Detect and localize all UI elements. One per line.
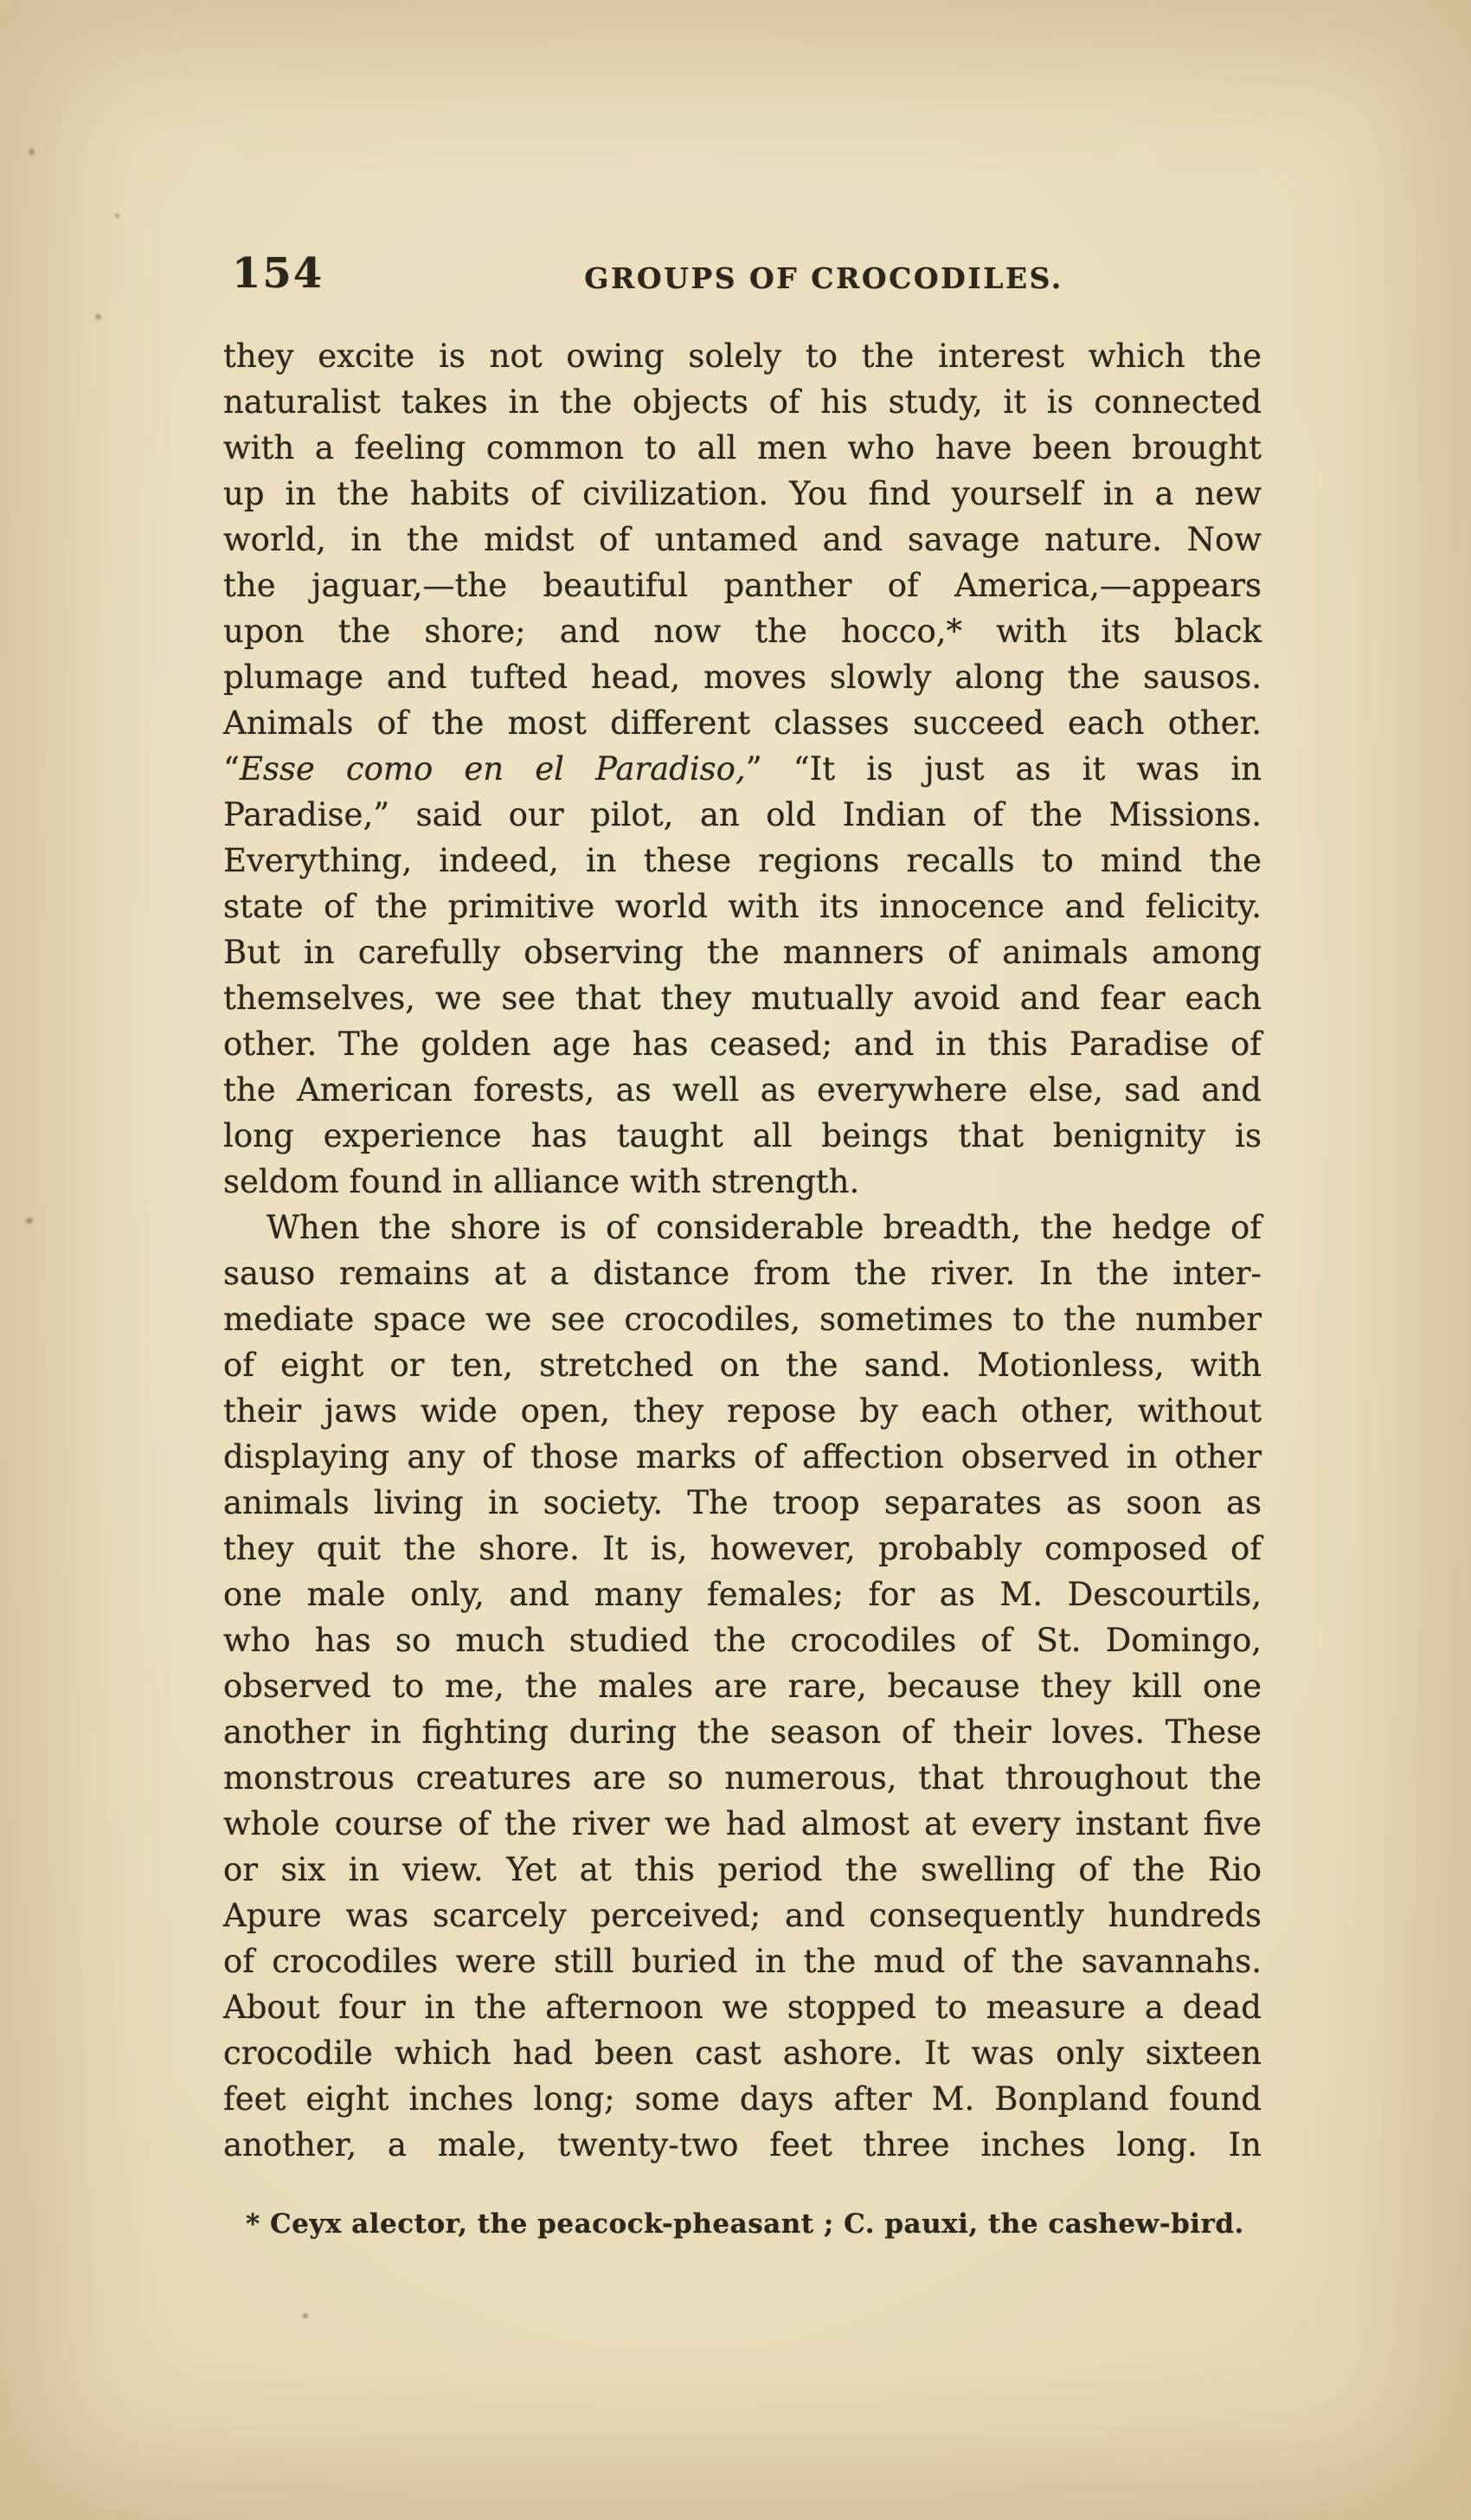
text-line: displaying any of those marks of affecti… xyxy=(223,1434,1262,1480)
footnote: * Ceyx alector, the peacock-pheasant ; C… xyxy=(223,2206,1288,2242)
text-line: “Esse como en el Paradiso,” “It is just … xyxy=(223,746,1262,792)
text-line: themselves, we see that they mutually av… xyxy=(223,975,1262,1021)
text-line: When the shore is of considerable breadt… xyxy=(223,1205,1262,1250)
text-line: they excite is not owing solely to the i… xyxy=(223,333,1262,379)
text-line: Paradise,” said our pilot, an old Indian… xyxy=(223,792,1262,838)
text-line: monstrous creatures are so numerous, tha… xyxy=(223,1755,1262,1801)
text-line: they quit the shore. It is, however, pro… xyxy=(223,1526,1262,1572)
paper-speck xyxy=(95,314,101,319)
text-line: Animals of the most different classes su… xyxy=(223,700,1262,746)
text-line: Apure was scarcely perceived; and conseq… xyxy=(223,1893,1262,1938)
text-line: other. The golden age has ceased; and in… xyxy=(223,1021,1262,1067)
text-line: animals living in society. The troop sep… xyxy=(223,1480,1262,1526)
text-line: with a feeling common to all men who hav… xyxy=(223,425,1262,471)
text-line: seldom found in alliance with strength. xyxy=(223,1159,1262,1205)
text-line: About four in the afternoon we stopped t… xyxy=(223,1984,1262,2030)
text-line: of eight or ten, stretched on the sand. … xyxy=(223,1342,1262,1388)
text-line: Everything, indeed, in these regions rec… xyxy=(223,838,1262,884)
text-line: of crocodiles were still buried in the m… xyxy=(223,1938,1262,1984)
paper-speck xyxy=(29,149,35,155)
text-line: another in fighting during the season of… xyxy=(223,1709,1262,1755)
text-line: sauso remains at a distance from the riv… xyxy=(223,1250,1262,1296)
text-line: feet eight inches long; some days after … xyxy=(223,2076,1262,2122)
text-line: state of the primitive world with its in… xyxy=(223,884,1262,929)
text-line: or six in view. Yet at this period the s… xyxy=(223,1847,1262,1893)
paper-speck xyxy=(303,2313,308,2318)
text-line: naturalist takes in the objects of his s… xyxy=(223,379,1262,425)
text-line: observed to me, the males are rare, beca… xyxy=(223,1663,1262,1709)
text-line: mediate space we see crocodiles, sometim… xyxy=(223,1296,1262,1342)
text-line: upon the shore; and now the hocco,* with… xyxy=(223,608,1262,654)
text-line: their jaws wide open, they repose by eac… xyxy=(223,1388,1262,1434)
text-line: the American forests, as well as everywh… xyxy=(223,1067,1262,1113)
text-line: up in the habits of civilization. You fi… xyxy=(223,471,1262,517)
text-line: world, in the midst of untamed and savag… xyxy=(223,517,1262,562)
text-line: the jaguar,—the beautiful panther of Ame… xyxy=(223,562,1262,608)
book-page: 154 GROUPS OF CROCODILES. they excite is… xyxy=(0,0,1471,2520)
text-line: long experience has taught all beings th… xyxy=(223,1113,1262,1159)
text-line: plumage and tufted head, moves slowly al… xyxy=(223,654,1262,700)
body-text: they excite is not owing solely to the i… xyxy=(223,333,1262,2168)
page-number: 154 xyxy=(232,249,324,298)
text-line: who has so much studied the crocodiles o… xyxy=(223,1617,1262,1663)
running-header: GROUPS OF CROCODILES. xyxy=(584,261,1063,295)
text-line: another, a male, twenty-two feet three i… xyxy=(223,2122,1262,2168)
text-line: But in carefully observing the manners o… xyxy=(223,929,1262,975)
paper-speck xyxy=(26,1218,33,1224)
text-line: one male only, and many females; for as … xyxy=(223,1572,1262,1617)
text-line: crocodile which had been cast ashore. It… xyxy=(223,2030,1262,2076)
paper-speck xyxy=(115,214,119,218)
text-line: whole course of the river we had almost … xyxy=(223,1801,1262,1847)
